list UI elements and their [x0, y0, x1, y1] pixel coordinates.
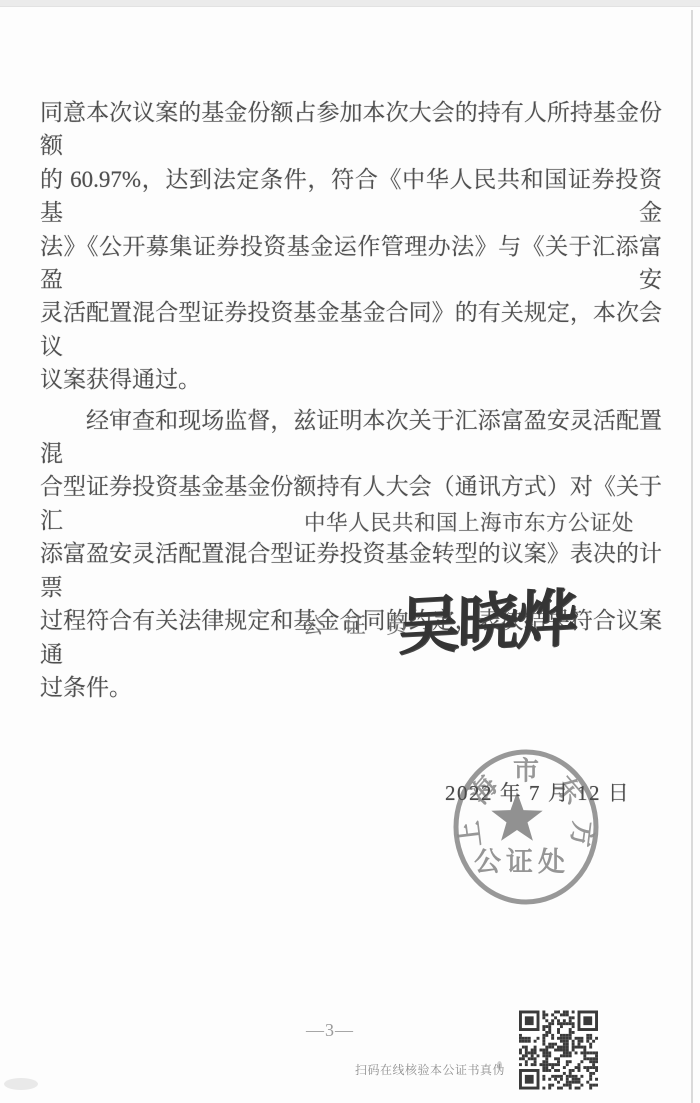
notarial-certificate-page: 同意本次议案的基金份额占参加本次大会的持有人所持基金份额的 60.97%，达到法…: [0, 0, 700, 1103]
body-line: 的 60.97%，达到法定条件，符合《中华人民共和国证券投资基金: [40, 163, 662, 230]
seal-arc-char: 方: [566, 819, 599, 848]
body-line: 经审查和现场监督，兹证明本次关于汇添富盈安灵活配置混: [40, 404, 662, 471]
body-line: 过条件。: [40, 671, 662, 704]
scan-edge-right: [691, 10, 693, 1103]
certificate-date: 2022 年 7 月 12 日: [445, 777, 615, 807]
body-paragraph: 同意本次议案的基金份额占参加本次大会的持有人所持基金份额的 60.97%，达到法…: [40, 96, 662, 397]
body-paragraph: 经审查和现场监督，兹证明本次关于汇添富盈安灵活配置混合型证券投资基金基金份额持有…: [40, 404, 662, 705]
body-line: 灵活配置混合型证券投资基金基金合同》的有关规定，本次会议: [40, 296, 662, 363]
notary-handwritten-signature: 吴晓烨: [397, 566, 608, 666]
body-line: 同意本次议案的基金份额占参加本次大会的持有人所持基金份额: [40, 96, 662, 163]
body-line: 议案获得通过。: [40, 363, 662, 396]
seal-arc-char: 上: [454, 819, 486, 848]
body-line: 法》《公开募集证券投资基金运作管理办法》与《关于汇添富盈安: [40, 230, 662, 297]
notary-office-seal: 公证处 上海市东方: [441, 747, 601, 907]
qr-code: [519, 1009, 598, 1091]
qr-caption: 扫码在线核验本公证书真伪: [355, 1061, 505, 1078]
page-number: —3—: [290, 1020, 370, 1041]
scan-smudge: [4, 1078, 38, 1090]
notary-office-name: 中华人民共和国上海市东方公证处: [304, 506, 624, 537]
scan-edge-top: [0, 0, 700, 7]
seal-bottom-text: 公证处: [474, 847, 570, 877]
